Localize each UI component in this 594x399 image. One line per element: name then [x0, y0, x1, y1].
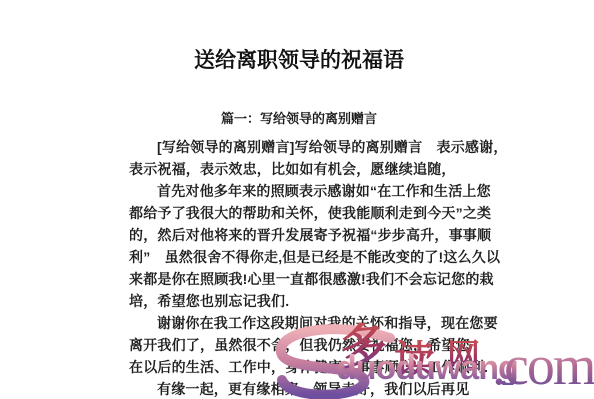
- text-line: 首先对他多年来的照顾表示感谢如“在工作和生活上您: [129, 180, 469, 202]
- text-line: 来都是你在照顾我!心里一直都很感激!我们不会忘记您的栽: [129, 268, 469, 290]
- body-text: [写给领导的离别赠言]写给领导的离别赠言 表示感谢， 表示祝福，表示效忠，比如如…: [129, 136, 469, 399]
- text-line: 培，希望您也别忘记我们.: [129, 290, 469, 312]
- page-title: 送给离职领导的祝福语: [129, 44, 469, 74]
- text-line: 表示祝福，表示效忠，比如如有机会，愿继续追随，: [129, 158, 469, 180]
- document-body: 送给离职领导的祝福语 篇一：写给领导的离别赠言 [写给领导的离别赠言]写给领导的…: [129, 0, 469, 399]
- section-heading: 篇一：写给领导的离别赠言: [129, 108, 469, 127]
- text-line: 的，然后对他将来的晋升发展寄予祝福“步步高升，事事顺: [129, 224, 469, 246]
- text-line: [写给领导的离别赠言]写给领导的离别赠言 表示感谢，: [129, 136, 469, 158]
- watermark-tld-text: .com: [492, 338, 594, 394]
- text-line: 利” 虽然很舍不得你走,但是已经是不能改变的了!这么久以: [129, 246, 469, 268]
- text-line: 在以后的生活、工作中，身体健康、事事顺心、工作顺利.: [129, 356, 469, 378]
- text-line: 都给予了我很大的帮助和关怀，使我能顺利走到今天”之类: [129, 202, 469, 224]
- text-line: 谢谢你在我工作这段期间对我的关怀和指导，现在您要: [129, 312, 469, 334]
- text-line: 离开我们了，虽然很不舍，但我仍然要祝福您，希望您: [129, 334, 469, 356]
- document-page: 送给离职领导的祝福语 篇一：写给领导的离别赠言 [写给领导的离别赠言]写给领导的…: [0, 0, 594, 399]
- text-line: 有缘一起，更有缘相聚，领导走好，我们以后再见: [129, 378, 469, 399]
